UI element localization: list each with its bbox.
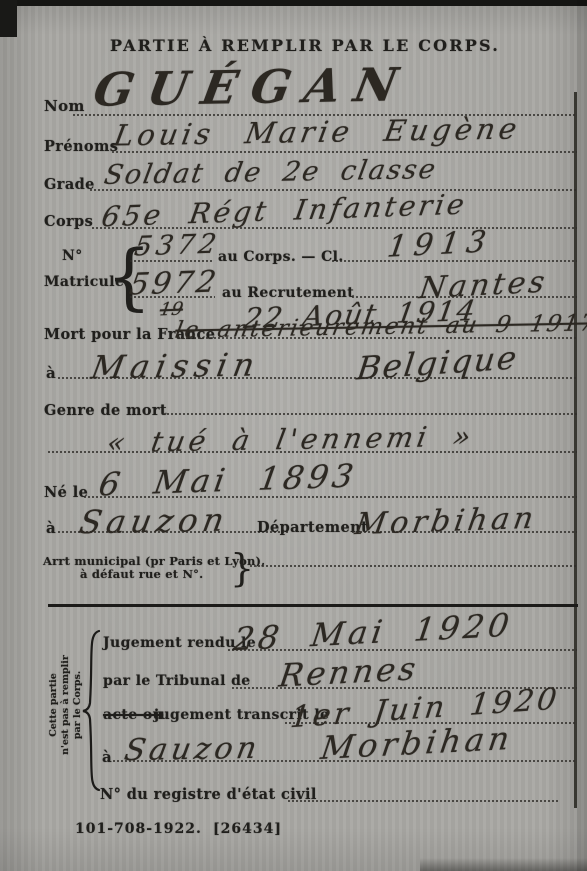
imprint-reference: [26434] (213, 821, 282, 837)
side-note-line1: Cette partie (48, 655, 60, 755)
scan-artifact-corner-block (0, 0, 17, 37)
corps-label: Corps (44, 213, 93, 230)
registre-label: N° du registre d'état civil (100, 786, 317, 803)
nom-value: GUÉGAN (90, 57, 416, 116)
departement-value: Morbihan (353, 501, 540, 542)
arrondissement-leader-line (250, 565, 577, 567)
mort-lieu-label: à (46, 364, 56, 382)
matricule-classe-value: 1913 (385, 224, 495, 264)
genre-de-mort-bottom-line (48, 451, 577, 453)
ne-a-commune-value: Sauzon (76, 501, 232, 542)
mort-lieu-pays-value: Belgique (355, 338, 521, 387)
genre-de-mort-leader-line (163, 413, 577, 415)
nom-label: Nom (44, 97, 85, 115)
prenoms-value: Louis Marie Eugène (111, 111, 523, 152)
genre-de-mort-value: « tué à l'ennemi » (104, 420, 477, 459)
arrondissement-brace-icon: } (230, 549, 254, 587)
matricule-au-recrutement-value: 5972 (127, 264, 221, 302)
tribunal-value: Rennes (277, 649, 421, 694)
scan-artifact-top-bar (0, 0, 587, 6)
side-note-line2: n'est pas à remplir (60, 655, 72, 755)
scan-artifact-bottom-smudge (420, 858, 587, 871)
ne-a-label: à (46, 519, 56, 537)
genre-de-mort-label: Genre de mort (44, 402, 167, 419)
registre-leader-line (288, 800, 560, 802)
form-title: PARTIE À REMPLIR PAR LE CORPS. (110, 36, 440, 55)
ne-le-label: Né le (44, 484, 88, 501)
arrondissement-label-line2: à défaut rue et N°. (80, 567, 203, 581)
matricule-au-corps-value: 5372 (132, 229, 222, 263)
prenoms-label: Prénoms (44, 138, 118, 155)
transcrit-lieu-commune-value: Sauzon (122, 731, 264, 768)
imprint-code: 101-708-1922. (75, 821, 202, 837)
jugement-brace-icon (80, 628, 102, 793)
tribunal-label: par le Tribunal de (103, 673, 251, 689)
matricule-label-no: N° (62, 248, 83, 264)
scanned-document: PARTIE À REMPLIR PAR LE CORPS. Nom GUÉGA… (0, 0, 587, 871)
matricule-au-corps-label: au Corps. — Cl. (218, 249, 344, 265)
mort-lieu-commune-value: Maissin (88, 346, 263, 387)
page-edge-shadow (577, 0, 587, 871)
page-edge-line (574, 92, 577, 808)
departement-label: Département (257, 519, 368, 536)
transcrit-lieu-label: à (102, 748, 112, 766)
grade-label: Grade (44, 176, 95, 193)
grade-value: Soldat de 2e classe (102, 154, 440, 191)
